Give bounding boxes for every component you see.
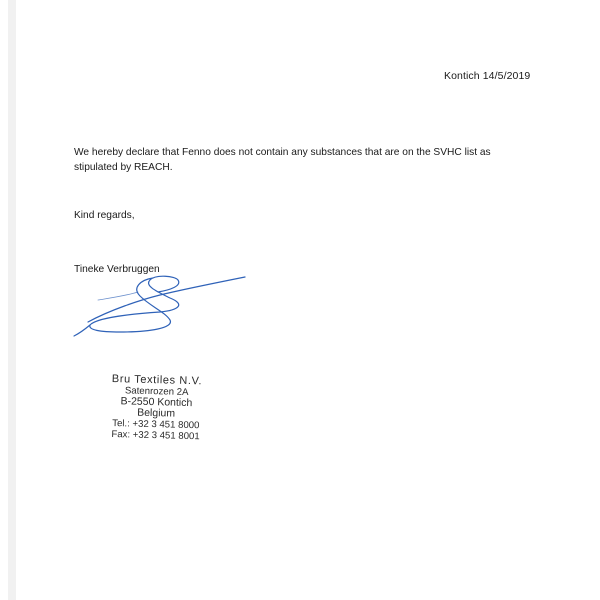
page-edge-strip [8,0,16,600]
stamp-fax: Fax: +32 3 451 8001 [110,429,201,442]
signature-image [70,270,260,340]
place-date: Kontich 14/5/2019 [444,70,530,82]
company-stamp: Bru Textiles N.V. Satenrozen 2A B-2550 K… [110,374,202,442]
closing-text: Kind regards, [74,210,135,221]
declaration-text: We hereby declare that Fenno does not co… [74,145,514,175]
